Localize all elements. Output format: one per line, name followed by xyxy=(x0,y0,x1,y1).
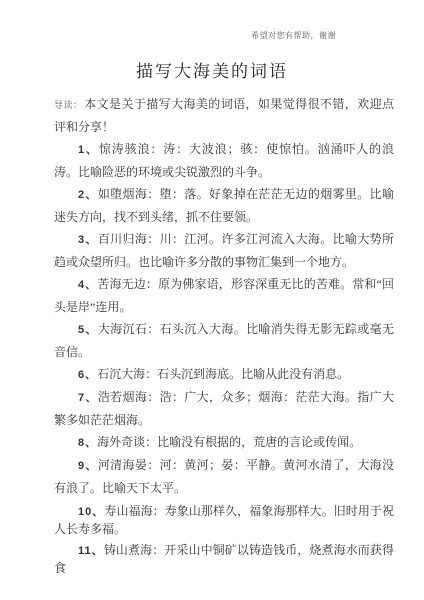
intro-label: 导读： xyxy=(54,100,82,110)
item-text: 如堕烟海：堕：落。好象掉在茫茫无边的烟雾里。比喻迷失方向，找不到头绪，抓不住要领… xyxy=(54,187,394,224)
item-text: 苦海无边：原为佛家语，形容深重无比的苦难。常和“回头是岸”连用。 xyxy=(54,277,394,314)
item-text: 惊涛骇浪：涛：大波浪；骇：使惊怕。汹涌吓人的浪涛。比喻险恶的环境或尖锐激烈的斗争… xyxy=(54,142,394,179)
list-item: 10、寿山福海：寿象山那样久，福象海那样大。旧时用于祝人长寿多福。 xyxy=(54,503,394,538)
item-number: 11、 xyxy=(78,545,104,557)
header-note: 希望对您有帮助，谢谢 xyxy=(251,30,336,41)
item-text: 大海沉石：石头沉入大海。比喻消失得无影无踪或毫无音信。 xyxy=(54,322,394,359)
item-text: 海外奇谈：比喻没有根据的，荒唐的言论或传闻。 xyxy=(97,435,361,449)
document-body: 导读：本文是关于描写大海美的词语，如果觉得很不错，欢迎点评和分享！ 1、惊涛骇浪… xyxy=(0,93,424,577)
item-number: 8、 xyxy=(78,437,97,449)
item-number: 1、 xyxy=(78,144,99,156)
intro-text: 本文是关于描写大海美的词语，如果觉得很不错，欢迎点评和分享！ xyxy=(54,97,394,134)
item-number: 6、 xyxy=(78,369,97,381)
item-number: 4、 xyxy=(78,279,97,291)
item-text: 百川归海：川：江河。许多江河流入大海。比喻大势所趋或众望所归。也比喻许多分散的事… xyxy=(54,232,394,269)
item-number: 2、 xyxy=(78,189,98,201)
item-text: 浩若烟海：浩：广大，众多；烟海：茫茫大海。指广大繁多如茫茫烟海。 xyxy=(54,390,394,427)
list-item: 4、苦海无边：原为佛家语，形容深重无比的苦难。常和“回头是岸”连用。 xyxy=(54,273,394,318)
list-item: 11、铸山煮海：开采山中铜矿以铸造钱币，烧煮海水而获得食 xyxy=(54,542,394,577)
word-list: 1、惊涛骇浪：涛：大波浪；骇：使惊怕。汹涌吓人的浪涛。比喻险恶的环境或尖锐激烈的… xyxy=(54,138,394,577)
item-number: 10、 xyxy=(78,506,104,518)
item-number: 5、 xyxy=(78,324,98,336)
item-number: 7、 xyxy=(78,392,98,404)
intro-paragraph: 导读：本文是关于描写大海美的词语，如果觉得很不错，欢迎点评和分享！ xyxy=(54,93,394,138)
item-text: 石沉大海：石头沉到海底。比喻从此没有消息。 xyxy=(97,367,349,381)
item-text: 铸山煮海：开采山中铜矿以铸造钱币，烧煮海水而获得食 xyxy=(54,543,394,575)
item-number: 9、 xyxy=(78,460,98,472)
item-number: 3、 xyxy=(78,234,98,246)
list-item: 8、海外奇谈：比喻没有根据的，荒唐的言论或传闻。 xyxy=(54,431,394,454)
list-item: 9、河清海晏：河：黄河；晏：平静。黄河水清了，大海没有浪了。比喻天下太平。 xyxy=(54,454,394,499)
item-text: 河清海晏：河：黄河；晏：平静。黄河水清了，大海没有浪了。比喻天下太平。 xyxy=(54,458,394,495)
list-item: 6、石沉大海：石头沉到海底。比喻从此没有消息。 xyxy=(54,363,394,386)
item-text: 寿山福海：寿象山那样久，福象海那样大。旧时用于祝人长寿多福。 xyxy=(54,504,394,536)
list-item: 2、如堕烟海：堕：落。好象掉在茫茫无边的烟雾里。比喻迷失方向，找不到头绪，抓不住… xyxy=(54,183,394,228)
list-item: 1、惊涛骇浪：涛：大波浪；骇：使惊怕。汹涌吓人的浪涛。比喻险恶的环境或尖锐激烈的… xyxy=(54,138,394,183)
list-item: 5、大海沉石：石头沉入大海。比喻消失得无影无踪或毫无音信。 xyxy=(54,318,394,363)
list-item: 7、浩若烟海：浩：广大，众多；烟海：茫茫大海。指广大繁多如茫茫烟海。 xyxy=(54,386,394,431)
page-title: 描写大海美的词语 xyxy=(0,0,424,82)
list-item: 3、百川归海：川：江河。许多江河流入大海。比喻大势所趋或众望所归。也比喻许多分散… xyxy=(54,228,394,273)
document-page: 希望对您有帮助，谢谢 描写大海美的词语 导读：本文是关于描写大海美的词语，如果觉… xyxy=(0,0,424,600)
